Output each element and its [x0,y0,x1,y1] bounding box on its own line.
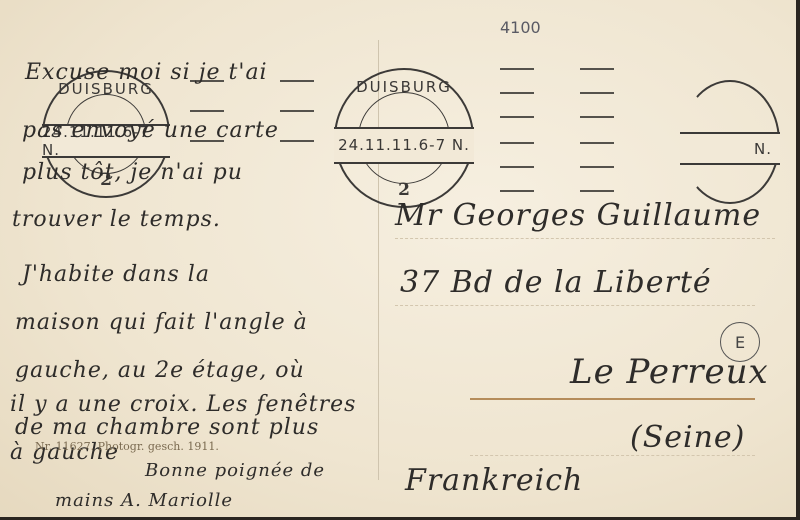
message-line: plus tôt, je n'ai pu [22,160,243,185]
message-line: J'habite dans la [22,262,210,287]
postmark-partial: N. [680,80,780,204]
recipient-city: Le Perreux [570,352,769,392]
message-line: de ma chambre sont plus [15,415,319,440]
postcard: 4100 DUISBURG 24.11.11.6-7 N. 2 DUISBURG… [0,0,800,520]
recipient-department: (Seine) [630,420,745,455]
country-note: Frankreich [405,463,583,498]
card-edge [796,0,800,520]
address-rule [395,238,775,239]
message-line: pas envoyé une carte [22,118,279,143]
recipient-name: Mr Georges Guillaume [395,198,761,233]
recipient-street: 37 Bd de la Liberté [400,265,712,300]
message-line: gauche, au 2e étage, où [15,358,305,383]
cancellation-bars [500,68,640,198]
message-line: maison qui fait l'angle à [15,310,308,335]
printer-imprint: Nr. 11627. Photogr. gesch. 1911. [35,440,219,453]
signature-line: mains A. Mariolle [55,490,233,511]
closing-line: Bonne poignée de [145,460,325,481]
address-rule [395,305,755,306]
message-line: trouver le temps. [12,207,221,232]
pencil-note: 4100 [500,18,541,37]
message-line: Excuse moi si je t'ai [25,60,268,85]
message-line: il y a une croix. Les fenêtres [10,392,356,417]
postmark-right: DUISBURG 24.11.11.6-7 N. 2 [334,68,474,208]
address-rule-city [470,398,755,400]
address-rule [470,455,755,456]
